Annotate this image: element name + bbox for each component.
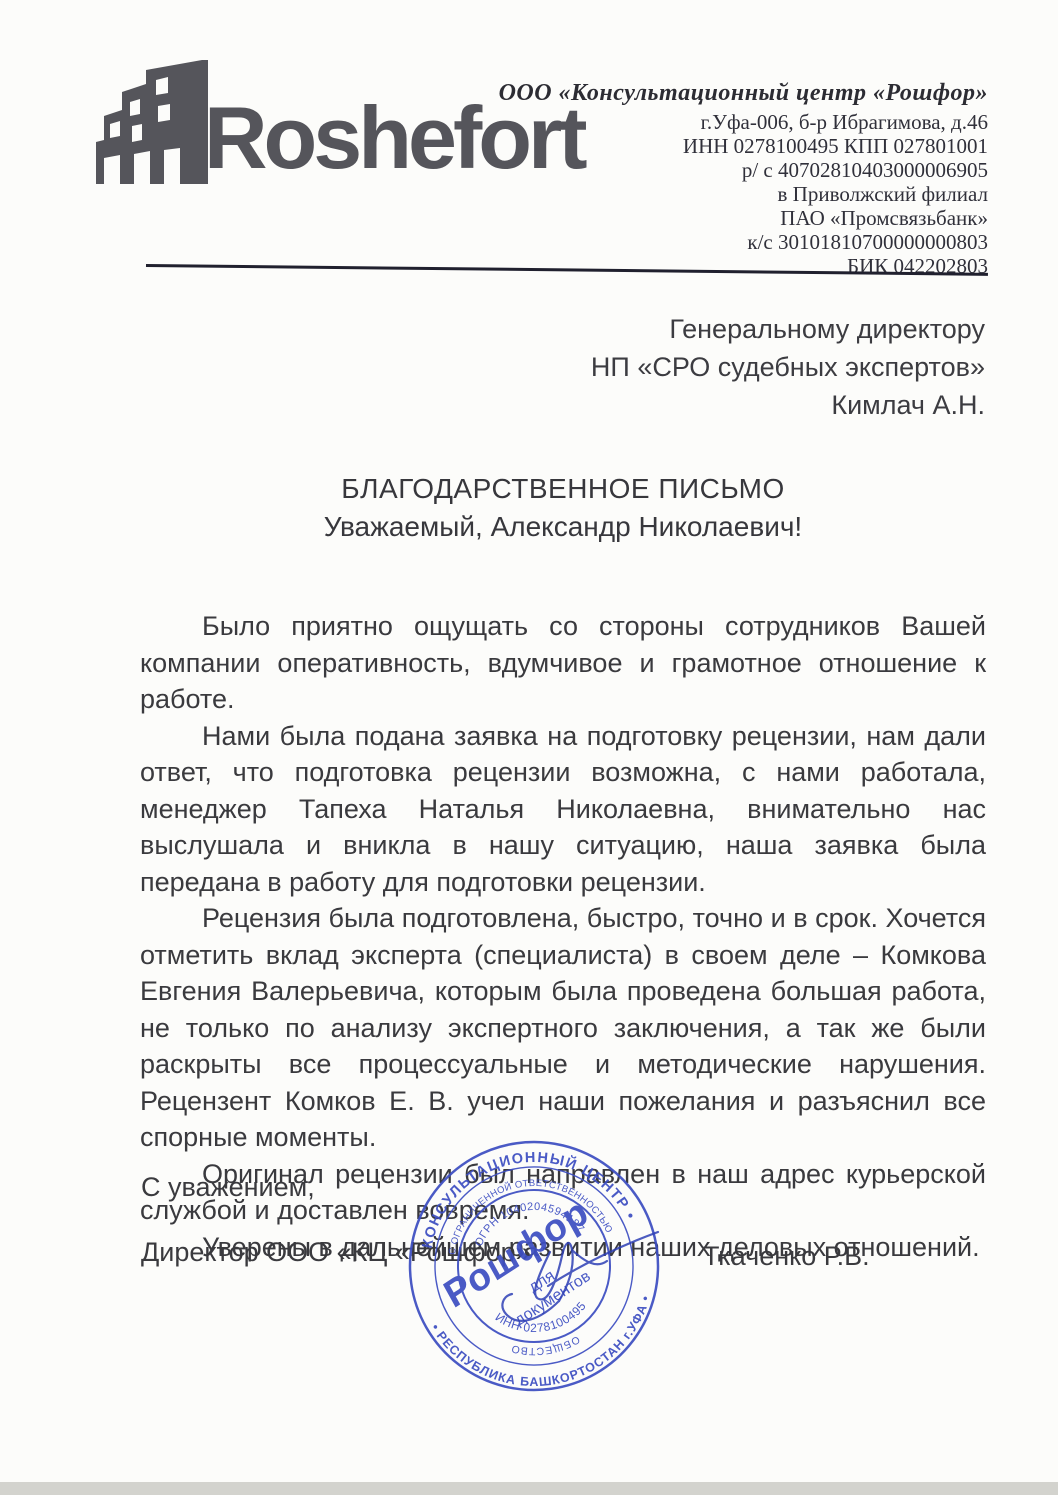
stamp-center-subtitle: документов — [512, 1268, 594, 1329]
stamp-inn-text: ИНН 0278100495 — [491, 1297, 592, 1341]
body-paragraph: Нами была подана заявка на подготовку ре… — [140, 718, 986, 901]
letterhead-line: к/с 30101810700000000803 — [499, 230, 988, 254]
recipient-block: Генеральному директору НП «СРО судебных … — [591, 310, 985, 424]
letterhead-company-line: ООО «Консультационный центр «Рошфор» — [499, 80, 988, 107]
scan-edge — [0, 1482, 1058, 1495]
letterhead-line: ПАО «Промсвязьбанк» — [499, 206, 988, 230]
letter-body: Было приятно ощущать со стороны сотрудни… — [140, 608, 986, 1265]
letterhead-details: ООО «Консультационный центр «Рошфор» г.У… — [499, 80, 988, 278]
svg-text:ИНН 0278100495: ИНН 0278100495 — [491, 1297, 592, 1341]
letterhead-line: ИНН 0278100495 КПП 027801001 — [499, 134, 988, 158]
letter-page: Roshefort ООО «Консультационный центр «Р… — [0, 0, 1058, 1495]
body-paragraph: Было приятно ощущать со стороны сотрудни… — [140, 608, 986, 718]
svg-text:ОБЩЕСТВО: ОБЩЕСТВО — [508, 1332, 583, 1361]
recipient-line: Кимлач А.Н. — [591, 386, 985, 424]
letterhead-line: р/ с 40702810403000006905 — [499, 158, 988, 182]
letterhead-line: в Приволжский филиал — [499, 182, 988, 206]
closing-line: С уважением, — [141, 1172, 315, 1203]
letterhead-line: г.Уфа-006, б-р Ибрагимова, д.46 — [499, 110, 988, 134]
recipient-line: Генеральному директору — [591, 310, 985, 348]
stamp-center-subtitle: для — [526, 1267, 558, 1296]
recipient-line: НП «СРО судебных экспертов» — [591, 348, 985, 386]
letter-title: БЛАГОДАРСТВЕННОЕ ПИСЬМО — [140, 470, 986, 508]
body-paragraph: Рецензия была подготовлена, быстро, точн… — [140, 900, 986, 1156]
salutation: Уважаемый, Александр Николаевич! — [140, 508, 986, 546]
signer-name: Ткаченко Р.В. — [703, 1241, 870, 1272]
stamp-outer-ring-text-bottom: • РЕСПУБЛИКА БАШКОРТОСТАН г.УФА • — [427, 1292, 663, 1396]
svg-text:• РЕСПУБЛИКА БАШКОРТОСТАН г.УФ: • РЕСПУБЛИКА БАШКОРТОСТАН г.УФА • — [427, 1292, 663, 1396]
title-block: БЛАГОДАРСТВЕННОЕ ПИСЬМО Уважаемый, Алекс… — [140, 470, 986, 546]
stamp-middle-ring-text-bottom: ОБЩЕСТВО — [508, 1332, 583, 1361]
signer-position: Директор ООО «КЦ «Рошфор» — [141, 1237, 531, 1268]
fortress-icon — [90, 58, 208, 184]
